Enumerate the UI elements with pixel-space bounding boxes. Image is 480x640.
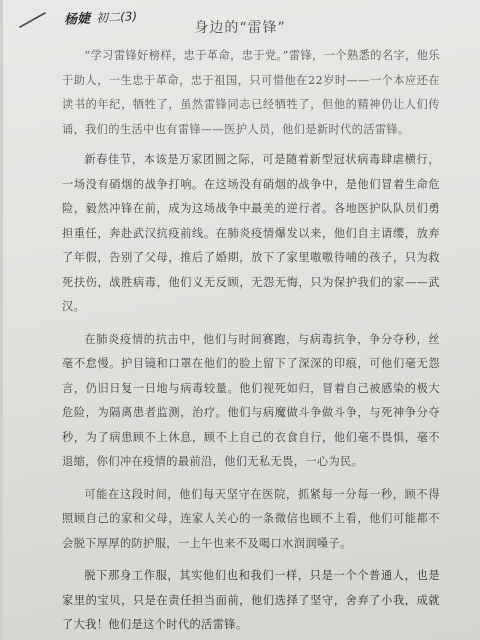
paragraph-conclusion: 脱下那身工作服，其实他们也和我们一样，只是一个个普通人，也是家里的宝贝，只是在责… [62,564,440,638]
paragraph-fight: 在肺炎疫情的抗击中，他们与时间赛跑，与病毒抗争，争分夺秒，丝毫不怠慢。护目镜和口… [62,328,440,475]
essay-title: 身边的“雷锋” [0,17,480,37]
paragraph-spring-festival: 新春佳节，本该是万家团圆之际，可是随着新型冠状病毒肆虐横行，一场没有硝烟的战争打… [62,148,440,320]
paragraph-hospital: 可能在这段时间，他们每天坚守在医院，抓紧每一分每一秒，顾不得照顾自己的家和父母，… [62,483,440,557]
essay-body: “学习雷锋好榜样，忠于革命，忠于党。”雷锋，一个熟悉的名字，他乐于助人，一生忠于… [62,44,440,640]
paper-edge [0,0,3,640]
paragraph-intro: “学习雷锋好榜样，忠于革命，忠于党。”雷锋，一个熟悉的名字，他乐于助人，一生忠于… [62,44,440,142]
